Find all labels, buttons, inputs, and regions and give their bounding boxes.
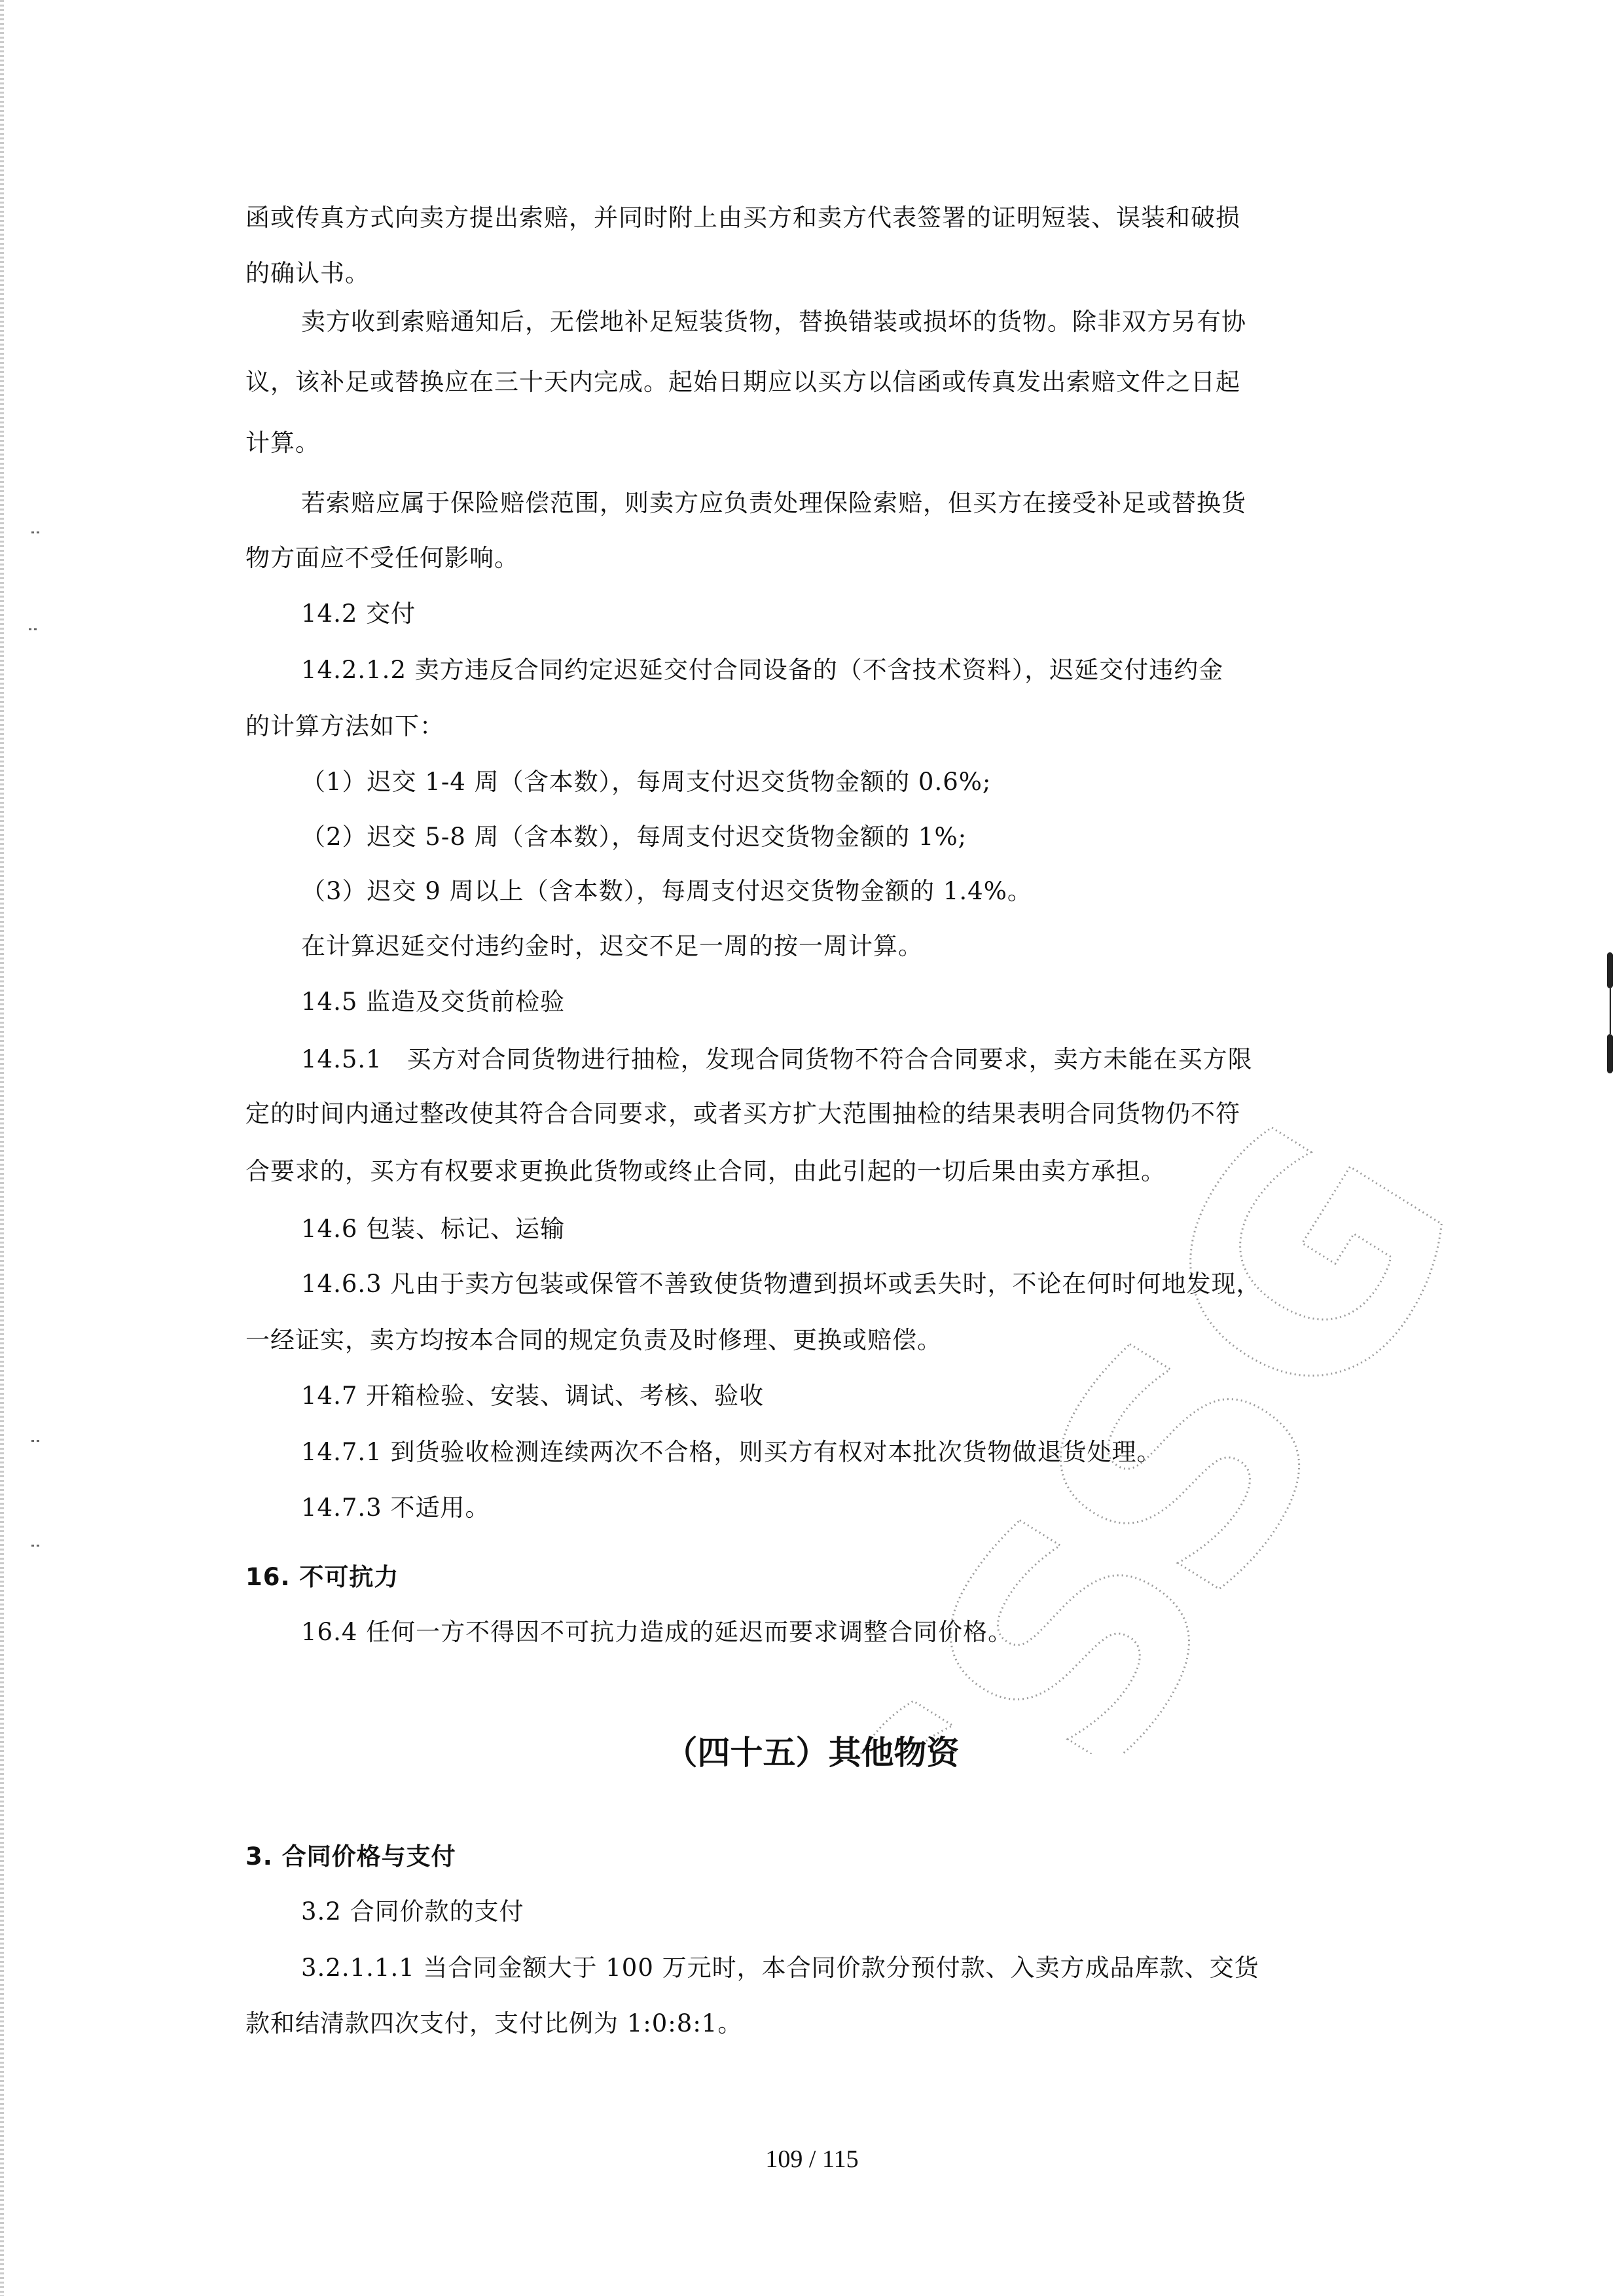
paragraph-line: 函或传真方式向卖方提出索赔，并同时附上由买方和卖方代表签署的证明短装、误装和破损 xyxy=(245,202,1240,234)
chapter-title: （四十五）其他物资 xyxy=(0,1733,1624,1772)
section-heading-3: 3. 合同价格与支付 xyxy=(245,1840,456,1873)
list-item: （2）迟交 5-8 周（含本数），每周支付迟交货物金额的 1%; xyxy=(301,821,967,853)
paragraph-line: 款和结清款四次支付，支付比例为 1:0:8:1。 xyxy=(245,2007,742,2040)
paragraph-line: 14.7.1 到货验收检测连续两次不合格，则买方有权对本批次货物做退货处理。 xyxy=(301,1436,1161,1469)
paragraph-line: 计算。 xyxy=(245,427,320,459)
paragraph-line: 合要求的，买方有权要求更换此货物或终止合同，由此引起的一切后果由卖方承担。 xyxy=(245,1155,1166,1188)
paragraph-line: 若索赔应属于保险赔偿范围，则卖方应负责处理保险索赔，但买方在接受补足或替换货 xyxy=(301,487,1246,520)
list-item: （3）迟交 9 周以上（含本数），每周支付迟交货物金额的 1.4%。 xyxy=(301,875,1032,908)
page-number: 109 / 115 xyxy=(0,2145,1624,2174)
paragraph-line: 3.2.1.1.1 当合同金额大于 100 万元时，本合同价款分预付款、入卖方成… xyxy=(301,1952,1259,1984)
paragraph-line: 14.7.3 不适用。 xyxy=(301,1492,490,1524)
subsection-heading-14-6: 14.6 包装、标记、运输 xyxy=(301,1213,565,1246)
paragraph-line: 一经证实，卖方均按本合同的规定负责及时修理、更换或赔偿。 xyxy=(245,1324,942,1357)
paragraph-line: 物方面应不受任何影响。 xyxy=(245,542,519,575)
paragraph-line: 定的时间内通过整改使其符合合同要求，或者买方扩大范围抽检的结果表明合同货物仍不符 xyxy=(245,1098,1240,1130)
subsection-heading-14-2: 14.2 交付 xyxy=(301,598,416,630)
scan-edge-artifact xyxy=(0,0,4,2296)
paragraph-line: 16.4 任何一方不得因不可抗力造成的延迟而要求调整合同价格。 xyxy=(301,1616,1013,1649)
scan-speck xyxy=(31,1545,39,1553)
paragraph-line: 14.6.3 凡由于卖方包装或保管不善致使货物遭到损坏或丢失时，不论在何时何地发… xyxy=(301,1268,1261,1300)
list-item: （1）迟交 1-4 周（含本数），每周支付迟交货物金额的 0.6%; xyxy=(301,766,991,798)
subsection-heading-3-2: 3.2 合同价款的支付 xyxy=(301,1895,524,1928)
paragraph-line: 卖方收到索赔通知后，无偿地补足短装货物，替换错装或损坏的货物。除非双方另有协 xyxy=(301,306,1246,338)
scan-speck xyxy=(31,1440,39,1448)
binding-mark xyxy=(1607,952,1613,1077)
paragraph-line: 议，该补足或替换应在三十天内完成。起始日期应以买方以信函或传真发出索赔文件之日起 xyxy=(245,366,1240,399)
section-heading-16: 16. 不可抗力 xyxy=(245,1561,399,1594)
scan-speck xyxy=(29,628,37,637)
subsection-heading-14-5: 14.5 监造及交货前检验 xyxy=(301,986,565,1018)
cssg-watermark: CSSG xyxy=(340,641,1519,1754)
paragraph-line: 在计算迟延交付违约金时，迟交不足一周的按一周计算。 xyxy=(301,930,923,963)
document-page: CSSG 函或传真方式向卖方提出索赔，并同时附上由买方和卖方代表签署的证明短装、… xyxy=(0,0,1624,2296)
paragraph-line: 14.2.1.2 卖方违反合同约定迟延交付合同设备的（不含技术资料），迟延交付违… xyxy=(301,654,1223,687)
paragraph-line: 14.5.1 买方对合同货物进行抽检，发现合同货物不符合合同要求，卖方未能在买方… xyxy=(301,1043,1253,1076)
paragraph-line: 的计算方法如下： xyxy=(245,710,444,743)
scan-speck xyxy=(31,531,39,540)
subsection-heading-14-7: 14.7 开箱检验、安装、调试、考核、验收 xyxy=(301,1380,764,1412)
paragraph-line: 的确认书。 xyxy=(245,257,370,290)
